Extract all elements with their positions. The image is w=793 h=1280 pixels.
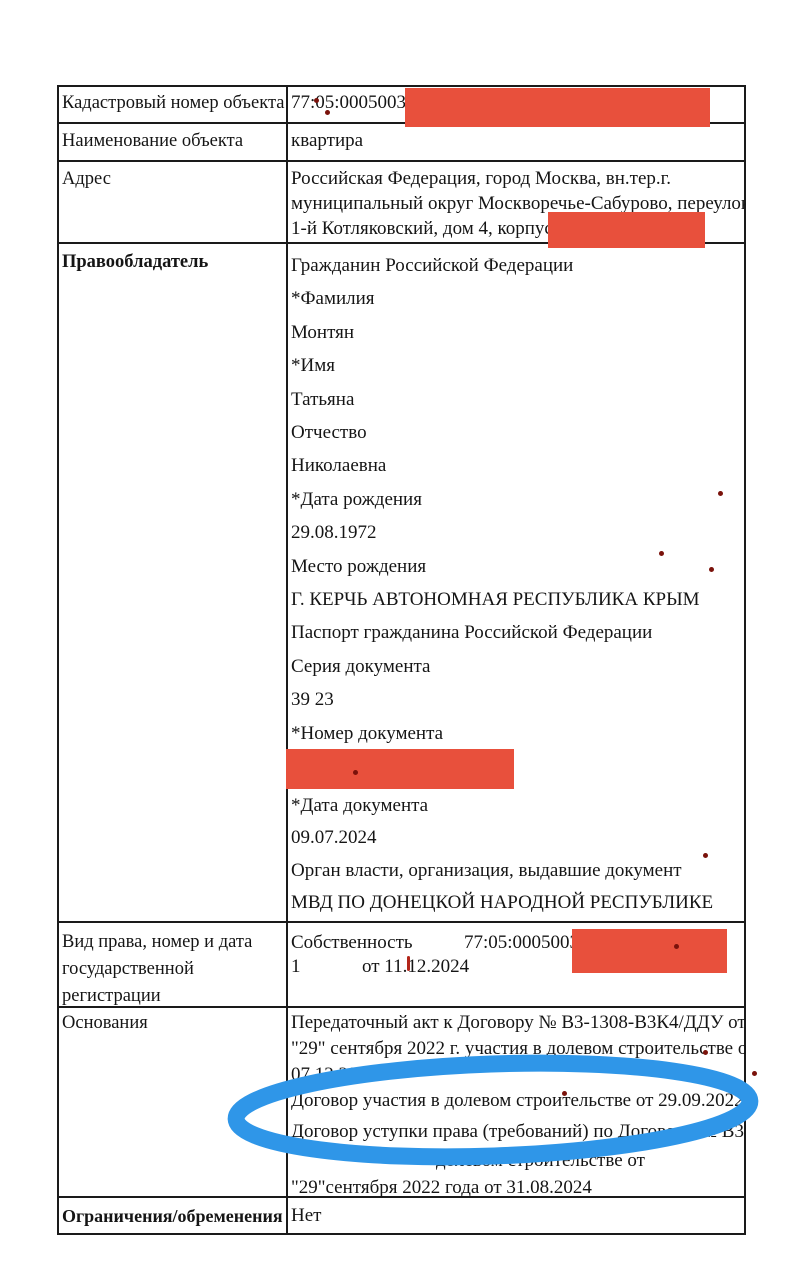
ink-dot: [659, 551, 664, 556]
ink-dot: [325, 110, 330, 115]
rights-holder-line: Отчество: [291, 422, 367, 444]
rights-holder-line: Татьяна: [291, 389, 354, 411]
registry-table: Кадастровый номер объекта 77:05:0005003:…: [57, 85, 746, 1235]
ink-dot: [674, 944, 679, 949]
rights-holder-line: Паспорт гражданина Российской Федерации: [291, 622, 652, 644]
grounds-line: долевом строительстве от: [436, 1150, 645, 1172]
rights-holder-line: Монтян: [291, 322, 354, 344]
rights-holder-line: Гражданин Российской Федерации: [291, 255, 573, 277]
rights-holder-line: Орган власти, организация, выдавшие доку…: [291, 860, 682, 882]
table-border-line: [744, 85, 746, 1235]
rights-holder-line: Серия документа: [291, 656, 430, 678]
row-label-right-reg-line: регистрации: [62, 985, 161, 1007]
grounds-line: "29"сентября 2022 года от 31.08.2024: [291, 1177, 592, 1199]
ink-dot: [562, 1091, 567, 1096]
row-label-rights-holder: Правообладатель: [62, 251, 208, 273]
rights-holder-line: Николаевна: [291, 455, 386, 477]
row-label-restrictions: Ограничения/обременения: [62, 1205, 283, 1227]
object-name-value: квартира: [291, 130, 363, 152]
ink-dot: [703, 1050, 708, 1055]
ink-dot: [718, 491, 723, 496]
rights-holder-line: 39 23: [291, 689, 334, 711]
row-label-object-name: Наименование объекта: [62, 130, 243, 152]
rights-holder-line: *Фамилия: [291, 288, 375, 310]
right-reg-date: от 11.12.2024: [362, 956, 469, 978]
ink-mark: [407, 956, 410, 971]
rights-holder-line: 29.08.1972: [291, 522, 377, 544]
rights-holder-line: *Имя: [291, 355, 335, 377]
rights-holder-line: Место рождения: [291, 556, 426, 578]
table-border-line: [57, 85, 59, 1235]
redaction-box-cadastral: [405, 88, 710, 127]
redaction-box-document-number: [286, 749, 514, 789]
grounds-line: Передаточный акт к Договору № В3-1308-В3…: [291, 1012, 746, 1034]
table-border-line: [57, 1233, 746, 1235]
table-border-line: [57, 921, 746, 923]
row-label-right-reg-line: Вид права, номер и дата: [62, 931, 252, 953]
rights-holder-line: *Дата рождения: [291, 489, 422, 511]
rights-holder-line: МВД ПО ДОНЕЦКОЙ НАРОДНОЙ РЕСПУБЛИКЕ: [291, 892, 713, 914]
table-border-line: [57, 160, 746, 162]
ink-dot: [709, 567, 714, 572]
table-column-divider: [286, 85, 288, 1235]
ink-dot: [703, 853, 708, 858]
right-type-value: Собственность: [291, 932, 413, 954]
rights-holder-line: Г. КЕРЧЬ АВТОНОМНАЯ РЕСПУБЛИКА КРЫМ: [291, 589, 700, 611]
grounds-line: 07.12.2024: [291, 1064, 377, 1086]
redaction-box-address: [548, 212, 705, 248]
ink-dot: [314, 98, 319, 103]
right-reg-suffix: 1: [291, 956, 301, 978]
right-reg-number: 77:05:0005003: [464, 932, 579, 954]
rights-holder-line: *Номер документа: [291, 723, 443, 745]
address-line: 1-й Котляковский, дом 4, корпус: [291, 218, 553, 240]
ink-dot: [752, 1071, 757, 1076]
grounds-line: Договор участия в долевом строительстве …: [291, 1090, 746, 1112]
rights-holder-line: *Дата документа: [291, 795, 428, 817]
row-label-address: Адрес: [62, 168, 111, 190]
ink-dot: [353, 770, 358, 775]
rights-holder-line: 09.07.2024: [291, 827, 377, 849]
row-label-right-reg-line: государственной: [62, 958, 194, 980]
redaction-box-registration-number: [572, 929, 727, 973]
cadastral-number-value: 77:05:0005003:: [291, 92, 411, 114]
restrictions-value: Нет: [291, 1205, 321, 1227]
row-label-cadastral: Кадастровый номер объекта: [62, 92, 284, 114]
document-page: Кадастровый номер объекта 77:05:0005003:…: [0, 0, 793, 1280]
grounds-line: "29" сентября 2022 г. участия в долевом …: [291, 1038, 746, 1060]
address-line: Российская Федерация, город Москва, вн.т…: [291, 168, 671, 190]
row-label-grounds: Основания: [62, 1012, 148, 1034]
grounds-line: Договор уступки права (требований) по До…: [291, 1121, 744, 1143]
table-border-line: [57, 85, 746, 87]
